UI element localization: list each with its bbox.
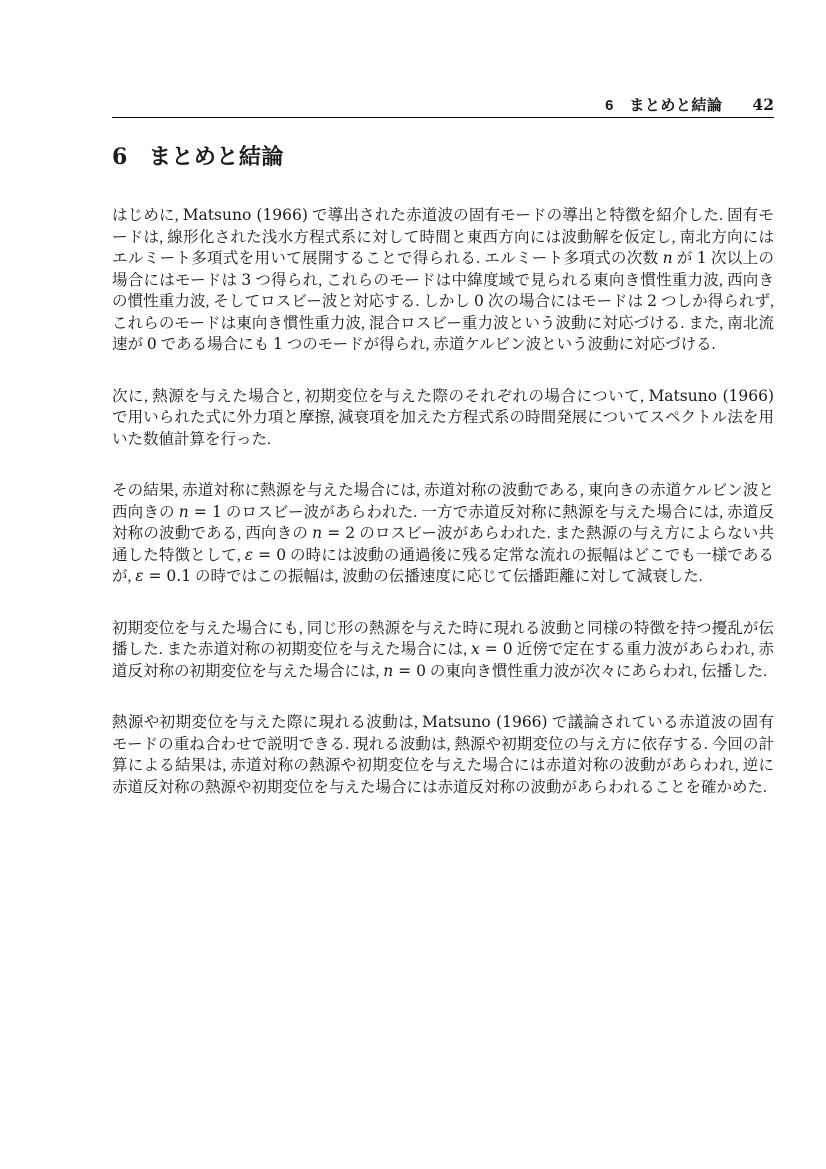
section-heading: 6 まとめと結論 [112,140,284,171]
japanese-text: 次に, 熱源を与えた場合と, 初期変位を与えた際のそれぞれの場合について, [112,388,648,405]
paragraph-2: 次に, 熱源を与えた場合と, 初期変位を与えた際のそれぞれの場合について, Ma… [112,386,774,451]
latin-text: 1 [697,249,707,267]
japanese-text: が [673,250,697,267]
section-title: まとめと結論 [149,140,284,171]
header-rule [112,117,774,118]
document-page: 6 まとめと結論 42 6 まとめと結論 はじめに, Matsuno (1966… [0,0,826,1169]
paragraph-4: 初期変位を与えた場合にも, 同じ形の熱源を与えた時に現れる波動と同様の特徴を持つ… [112,618,774,683]
latin-text: Matsuno (1966) [422,713,547,731]
body-text-block: はじめに, Matsuno (1966) で導出された赤道波の固有モードの導出と… [112,205,774,828]
math-variable: ε [245,546,253,564]
paragraph-1: はじめに, Matsuno (1966) で導出された赤道波の固有モードの導出と… [112,205,774,356]
japanese-text: の時ではこの振幅は, 波動の伝播速度に応じて伝播距離に対して減衰した. [191,568,703,585]
running-header-section-label: 6 まとめと結論 [605,94,722,115]
section-number: 6 [112,144,128,170]
latin-text: = 0 [480,640,513,658]
japanese-text: である場合にも [157,336,273,353]
page-number: 42 [752,95,774,114]
latin-text: = 0.1 [144,567,192,585]
japanese-text: 次の場合にはモードは [484,293,647,310]
paragraph-3: その結果, 赤道対称に熱源を与えた場合には, 赤道対称の波動である, 東向きの赤… [112,480,774,588]
math-variable: x [471,640,480,658]
math-variable: ε [135,567,143,585]
latin-text: Matsuno (1966) [183,206,308,224]
latin-text: = 1 [189,503,222,521]
latin-text: 1 [273,335,283,353]
math-variable: n [383,662,393,680]
math-variable: n [312,524,322,542]
latin-text: 0 [147,335,157,353]
japanese-text: で用いられた式に外力項と摩擦, 減衰項を加えた方程式系の時間発展についてスペクト… [112,409,774,448]
latin-text: = 2 [322,524,355,542]
latin-text: Matsuno (1966) [648,387,774,405]
math-variable: n [179,503,189,521]
running-header: 6 まとめと結論 42 [112,94,774,115]
math-variable: n [663,249,673,267]
japanese-text: 熱源や初期変位を与えた際に現れる波動は, [112,714,422,731]
paragraph-5: 熱源や初期変位を与えた際に現れる波動は, Matsuno (1966) で議論さ… [112,712,774,798]
japanese-text: の東向き慣性重力波が次々にあらわれ, 伝播した. [426,663,767,680]
latin-text: = 0 [253,546,286,564]
japanese-text: つのモードが得られ, 赤道ケルビン波という波動に対応づける. [283,336,716,353]
latin-text: 0 [474,292,484,310]
latin-text: 3 [241,271,251,289]
latin-text: 2 [647,292,657,310]
latin-text: = 0 [393,662,426,680]
japanese-text: はじめに, [112,207,183,224]
